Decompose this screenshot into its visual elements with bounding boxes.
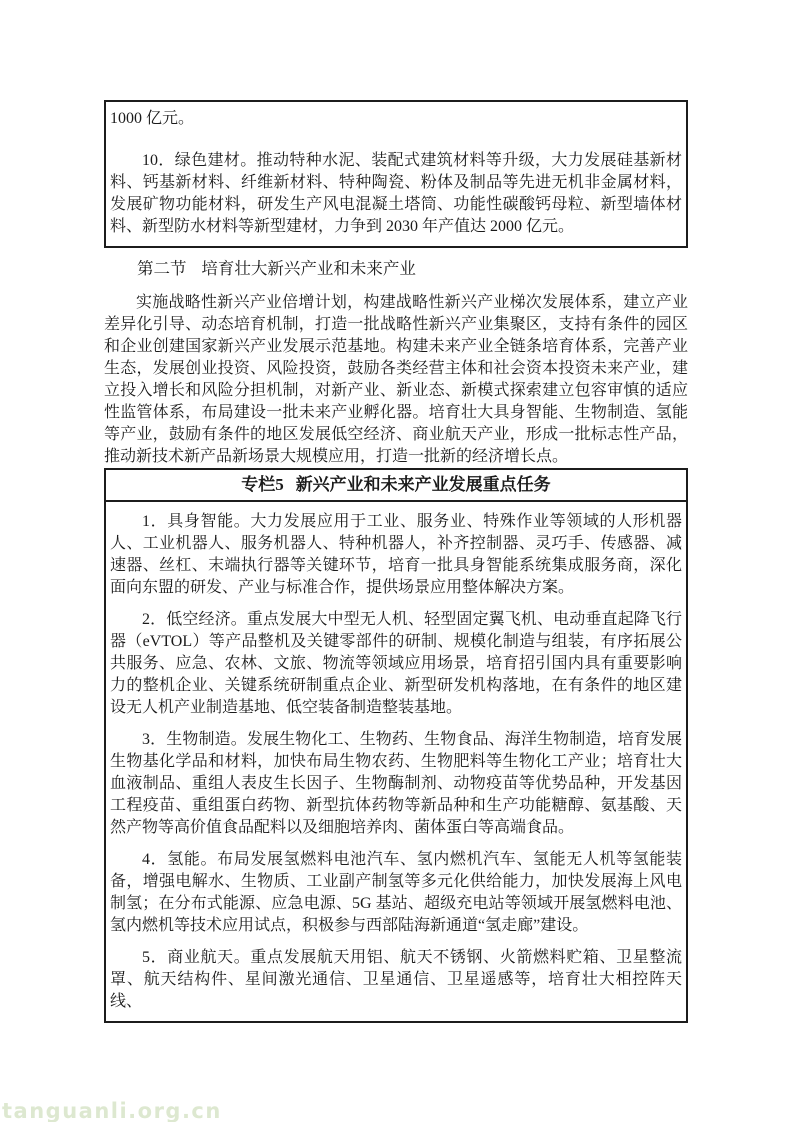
continuation-textbox: 1000 亿元。 10．绿色建材。推动特种水泥、装配式建筑材料等升级，大力发展硅… [104, 100, 688, 248]
panel-title-row: 专栏5新兴产业和未来产业发展重点任务 [106, 470, 686, 502]
section-title: 培育壮大新兴产业和未来产业 [201, 259, 416, 278]
watermark: tanguanli.org.cn [2, 1099, 222, 1122]
panel-body: 1．具身智能。大力发展应用于工业、服务业、特殊作业等领域的人形机器人、工业机器人… [106, 502, 686, 1021]
page-content: 1000 亿元。 10．绿色建材。推动特种水泥、装配式建筑材料等升级，大力发展硅… [104, 100, 688, 1023]
column-panel-5: 专栏5新兴产业和未来产业发展重点任务 1．具身智能。大力发展应用于工业、服务业、… [104, 468, 688, 1023]
document-page: 1000 亿元。 10．绿色建材。推动特种水泥、装配式建筑材料等升级，大力发展硅… [0, 0, 793, 1122]
panel-title-text: 新兴产业和未来产业发展重点任务 [296, 475, 551, 494]
panel-item-4: 4．氢能。布局发展氢燃料电池汽车、氢内燃机汽车、氢能无人机等氢能装备，增强电解水… [110, 849, 682, 937]
section-number: 第二节 [137, 259, 187, 278]
paragraph-tail-line: 1000 亿元。 [110, 108, 682, 130]
panel-item-5: 5．商业航天。重点发展航天用铝、航天不锈钢、火箭燃料贮箱、卫星整流罩、航天结构件… [110, 947, 682, 1013]
section-heading: 第二节培育壮大新兴产业和未来产业 [104, 258, 688, 280]
panel-item-1: 1．具身智能。大力发展应用于工业、服务业、特殊作业等领域的人形机器人、工业机器人… [110, 511, 682, 599]
panel-label: 专栏5 [241, 475, 284, 494]
intro-paragraph: 实施战略性新兴产业倍增计划，构建战略性新兴产业梯次发展体系，建立产业差异化引导、… [104, 292, 688, 468]
panel-item-2: 2．低空经济。重点发展大中型无人机、轻型固定翼飞机、电动垂直起降飞行器（eVTO… [110, 609, 682, 719]
paragraph-item-10: 10．绿色建材。推动特种水泥、装配式建筑材料等升级，大力发展硅基新材料、钙基新材… [110, 150, 682, 238]
panel-item-3: 3．生物制造。发展生物化工、生物药、生物食品、海洋生物制造，培育发展生物基化学品… [110, 729, 682, 839]
